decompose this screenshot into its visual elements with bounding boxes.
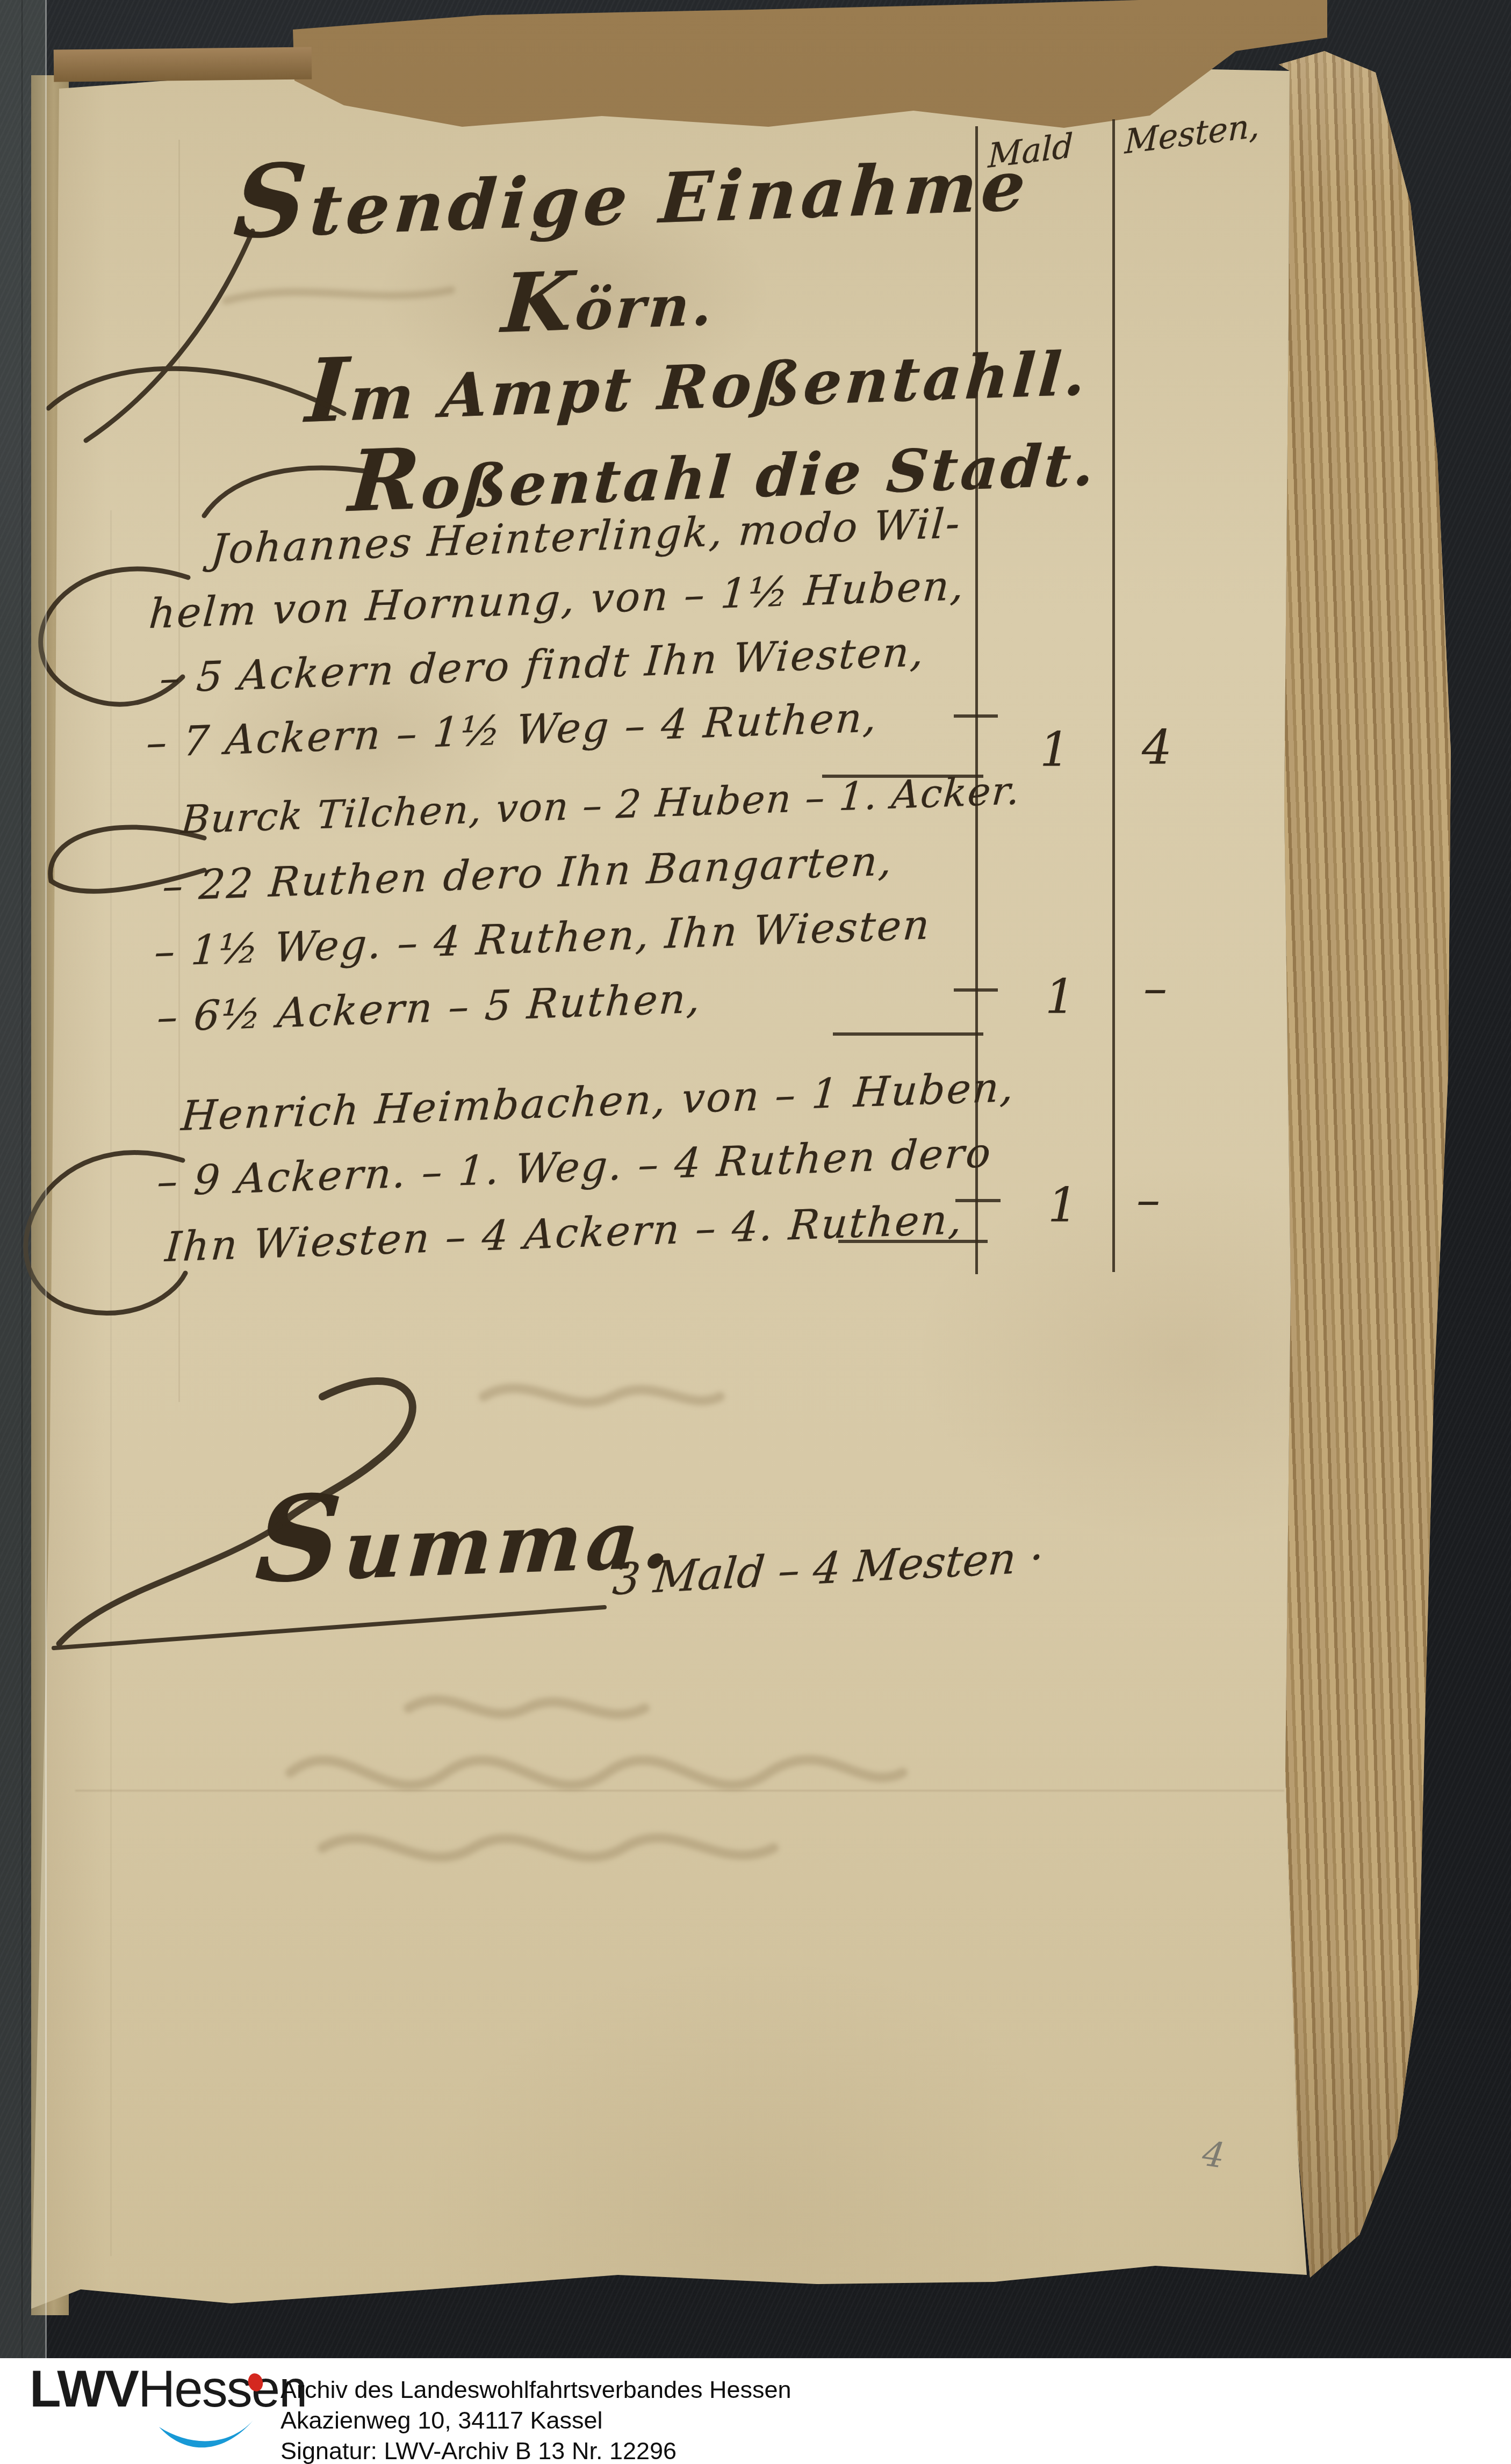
logo-bold-text: LWV (30, 2360, 138, 2418)
logo-swoosh-icon (155, 2416, 257, 2459)
archive-name: Archiv des Landeswohlfahrtsverbandes Hes… (280, 2374, 792, 2405)
entry-3-margin-flourish (26, 1153, 185, 1313)
archive-street: Akazienweg 10, 34117 Kassel (280, 2405, 792, 2436)
summa-initial-swash (279, 1381, 413, 1526)
archive-footer: LWVHessen Archiv des Landeswohlfahrtsver… (0, 2358, 1511, 2464)
lwv-hessen-logo: LWVHessen (30, 2364, 306, 2415)
archive-signature: Signatur: LWV-Archiv B 13 Nr. 12296 (280, 2436, 792, 2464)
glass-strip-edge (21, 0, 23, 2358)
archive-address-block: Archiv des Landeswohlfahrtsverbandes Hes… (280, 2374, 792, 2464)
entry-1-margin-flourish (41, 569, 188, 704)
calligraphy-flourishes (0, 0, 1511, 2464)
archival-scan: Mald Mesten, Stendige Einahme Körn. Im A… (0, 0, 1511, 2464)
title-swash (86, 231, 253, 440)
entry-2-margin-flourish (51, 827, 204, 891)
glass-strip (0, 0, 47, 2358)
summa-underline-swash (54, 1607, 605, 1648)
